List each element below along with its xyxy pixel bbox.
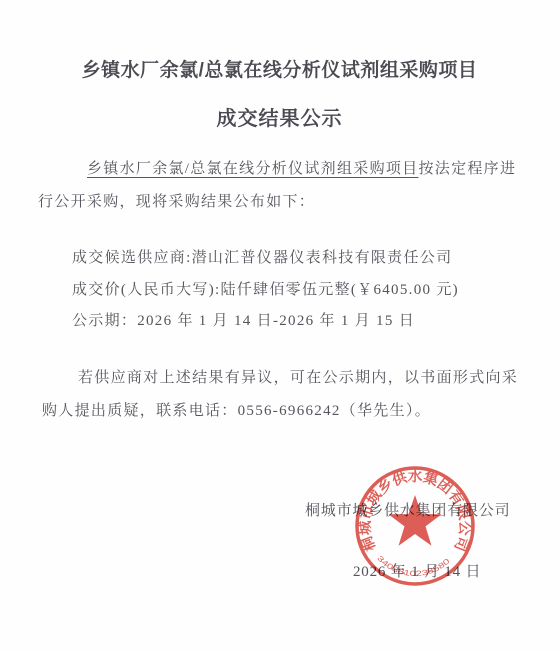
objection-paragraph: 若供应商对上述结果有异议，可在公示期内，以书面形式向采购人提出质疑，联系电话：0… — [42, 362, 524, 428]
supplier-line: 成交候选供应商:潜山汇普仪器仪表科技有限责任公司 — [72, 243, 529, 275]
publicity-period-line: 公示期：2026 年 1 月 14 日-2026 年 1 月 15 日 — [72, 306, 529, 338]
official-red-seal: 桐城市城乡供水集团有限公司 3408810238580 — [350, 461, 480, 591]
intro-underlined-project-name: 乡镇水厂余氯/总氯在线分析仪试剂组采购项目 — [87, 161, 418, 177]
document-title-line2: 成交结果公示 — [0, 102, 559, 131]
document-title-line1: 乡镇水厂余氯/总氯在线分析仪试剂组采购项目 — [0, 55, 559, 82]
seal-code-text: 3408810238580 — [375, 553, 451, 578]
svg-text:3408810238580: 3408810238580 — [375, 553, 451, 578]
result-block: 成交候选供应商:潜山汇普仪器仪表科技有限责任公司 成交价(人民币大写):陆仟肆佰… — [72, 243, 529, 338]
intro-paragraph: 乡镇水厂余氯/总氯在线分析仪试剂组采购项目按法定程序进行公开采购，现将采购结果公… — [38, 153, 524, 219]
seal-star-icon — [388, 495, 441, 546]
price-line: 成交价(人民币大写):陆仟肆佰零伍元整(￥6405.00 元) — [72, 275, 529, 307]
announcement-document: 乡镇水厂余氯/总氯在线分析仪试剂组采购项目 成交结果公示 乡镇水厂余氯/总氯在线… — [0, 0, 559, 651]
